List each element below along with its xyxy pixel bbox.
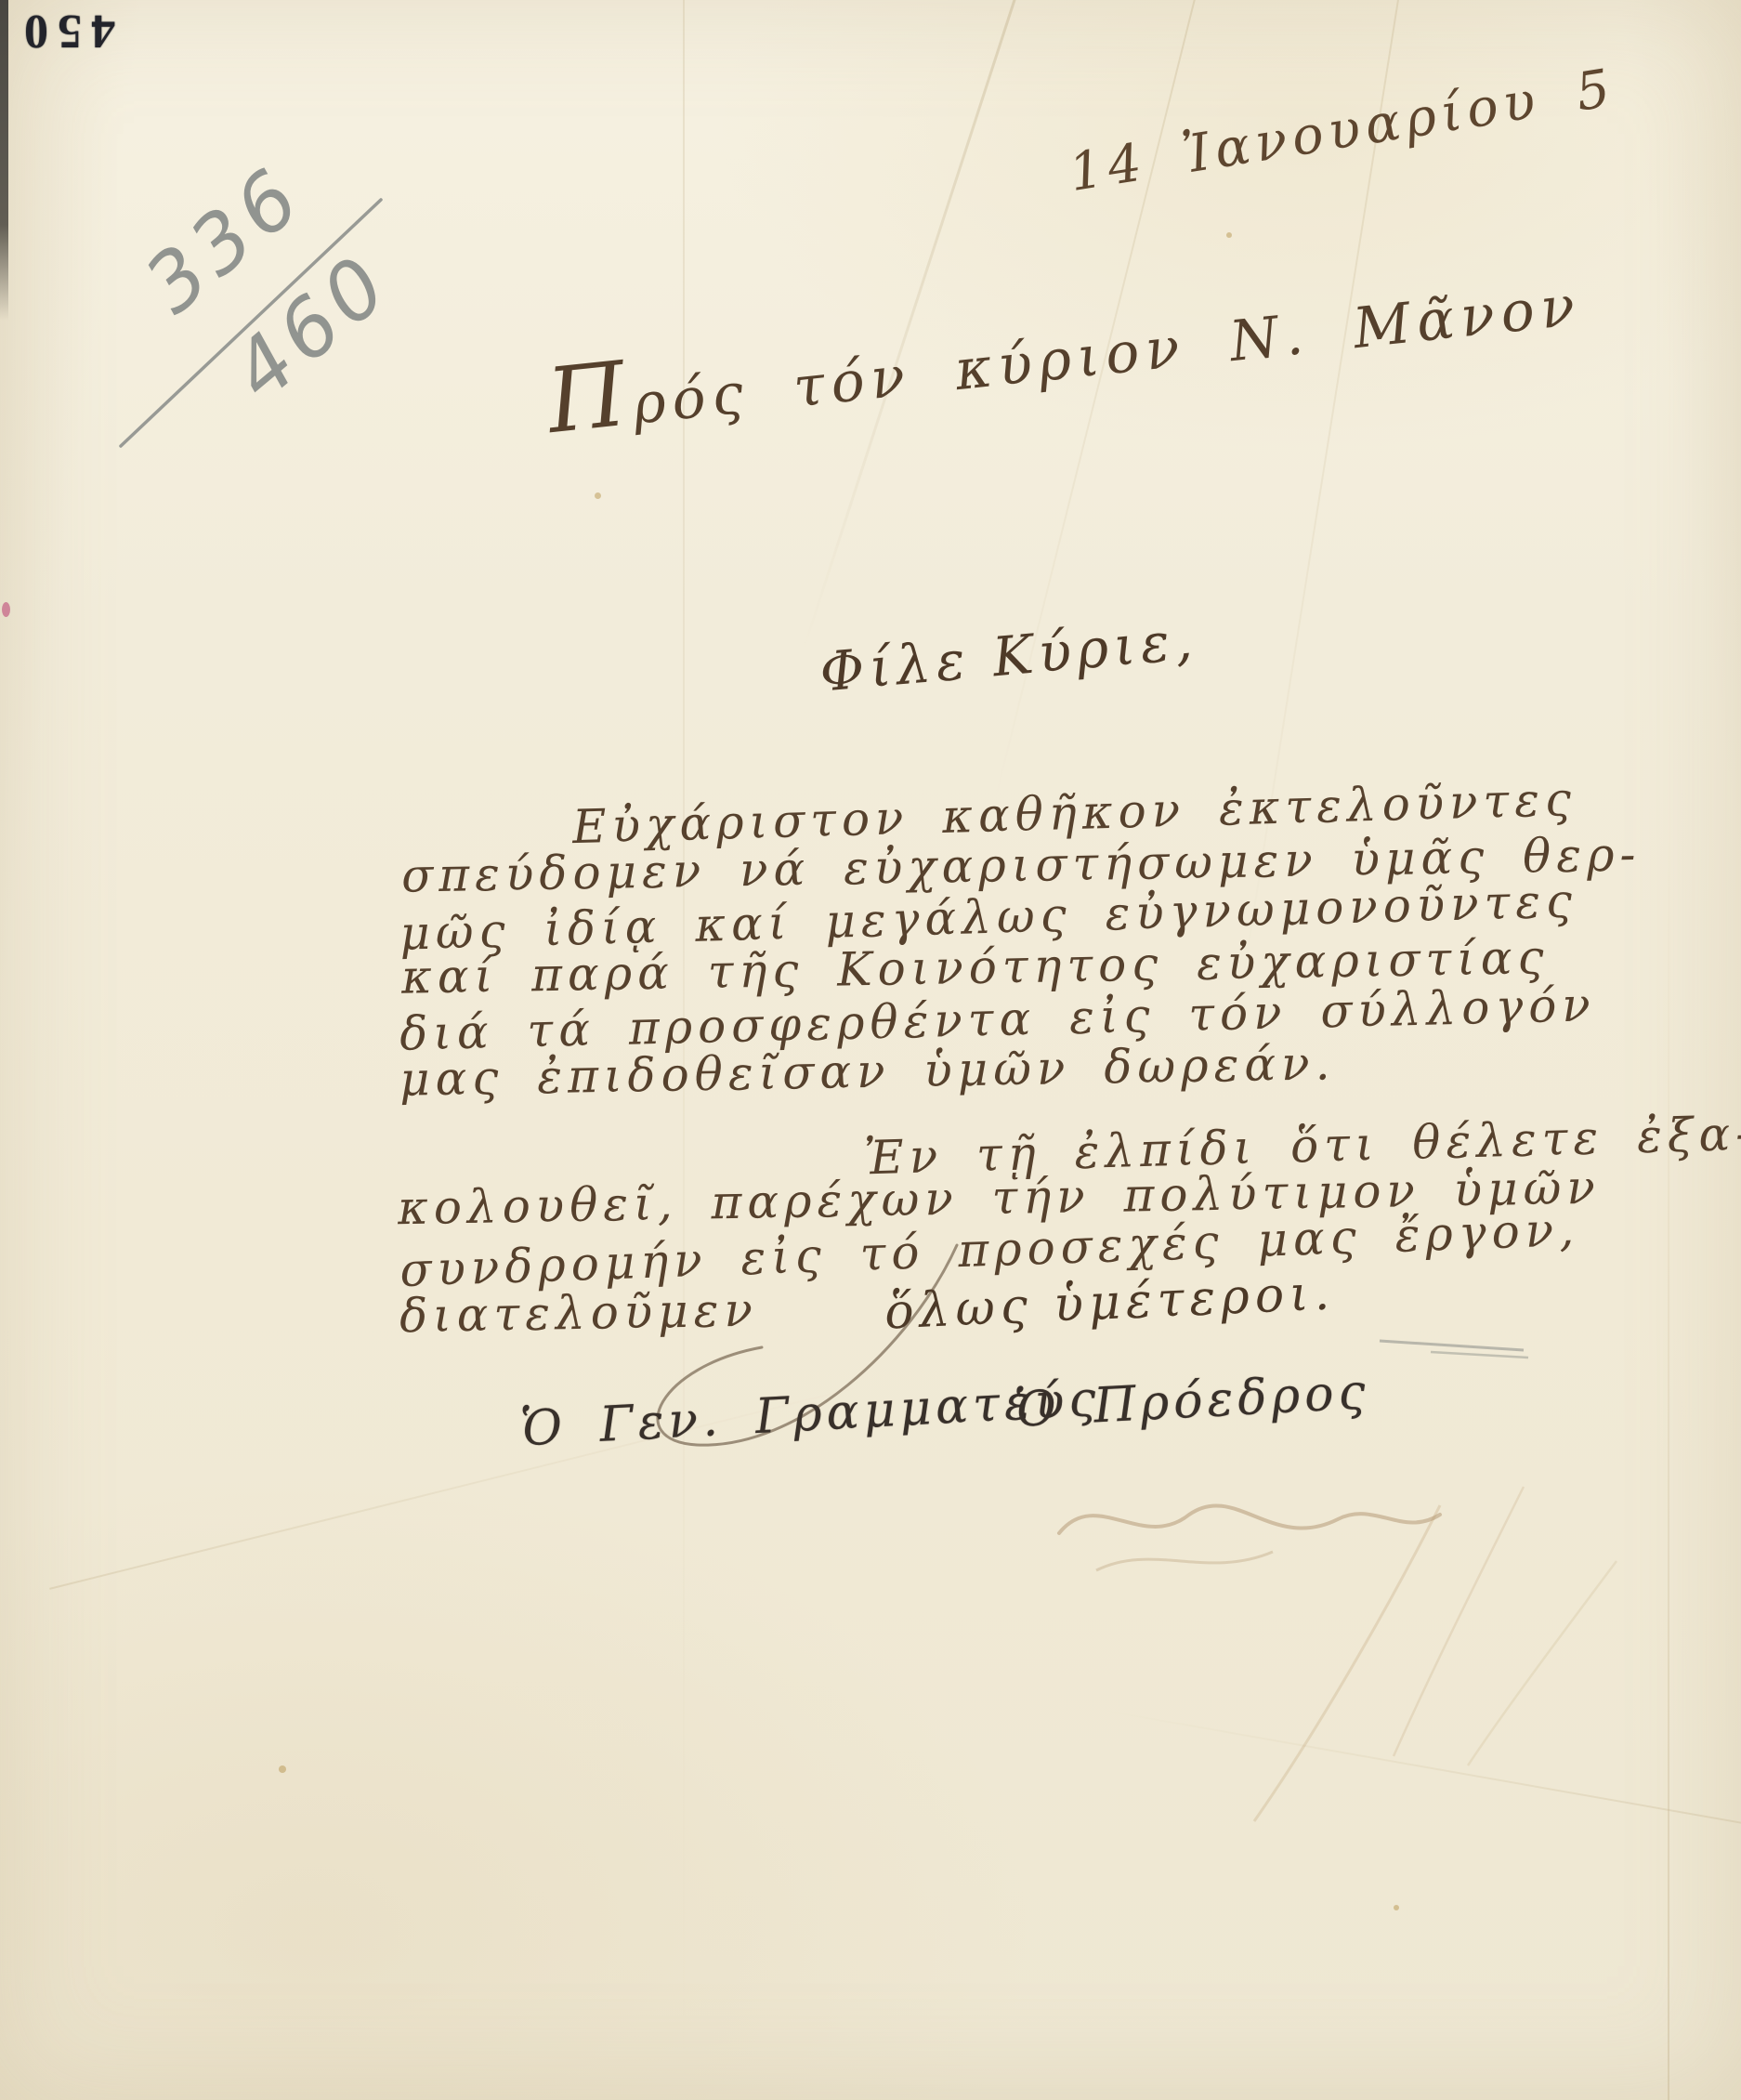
president-signature-flourish — [1041, 1450, 1672, 1840]
closing-word: διατελοῦμεν — [399, 1283, 759, 1344]
paper-crease — [1101, 1709, 1741, 1824]
letter-page: 450 336 460 14 Ἰανουαρίου 5 Πρός τόν κύρ… — [0, 0, 1741, 2100]
address-line: Πρός τόν κύριον Ν. Μᾶνον — [545, 273, 1584, 446]
foxing-spot — [1226, 232, 1232, 238]
date-line: 14 Ἰανουαρίου 5 — [1066, 58, 1620, 203]
scan-edge-artifact — [0, 0, 8, 321]
salutation: Φίλε Κύριε, — [818, 608, 1200, 703]
pink-edge-speck — [2, 602, 10, 617]
body-line: μας ἐπιδοθεῖσαν ὑμῶν δωρεάν. — [399, 1040, 1336, 1103]
foxing-spot — [595, 492, 601, 499]
address-initial-flourish: Π — [543, 341, 637, 453]
foxing-spot — [279, 1765, 286, 1773]
foxing-spot — [1394, 1905, 1399, 1910]
printed-page-number: 450 — [15, 4, 115, 59]
paper-crease — [1668, 836, 1669, 2100]
address-text: ρός τόν κύριον Ν. Μᾶνον — [630, 273, 1585, 438]
pencil-dash-mark — [1375, 1324, 1542, 1371]
paper-crease — [802, 0, 1023, 652]
